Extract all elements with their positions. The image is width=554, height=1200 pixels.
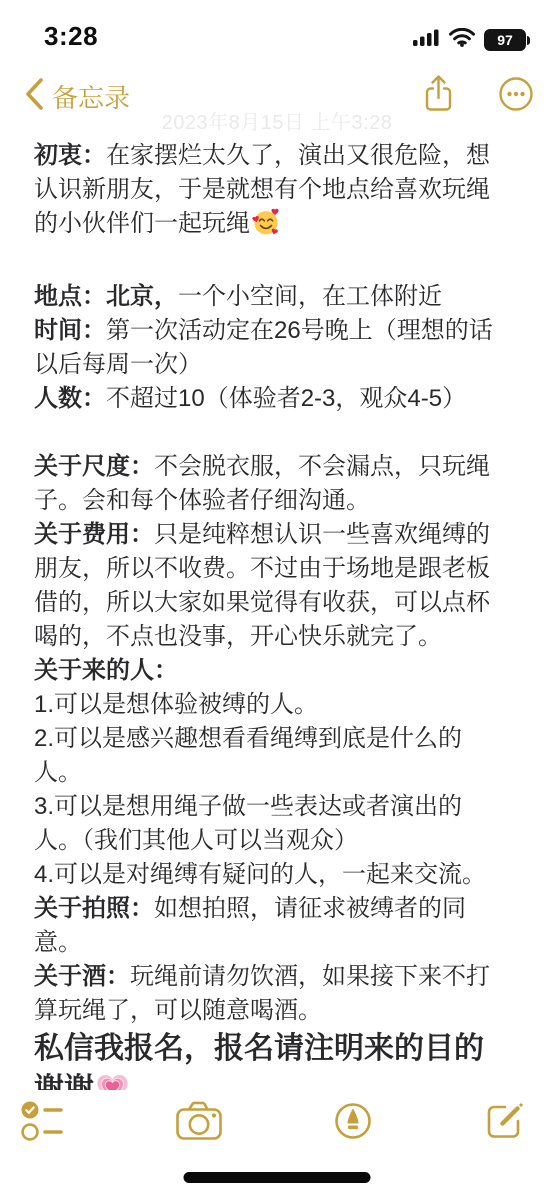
paragraph-heading: 关于费用：	[34, 521, 154, 548]
home-indicator[interactable]	[184, 1172, 371, 1183]
paragraph-heading: 地点：北京，	[34, 283, 178, 310]
note-paragraph: 关于酒：玩绳前请勿饮酒，如果接下来不打算玩绳了，可以随意喝酒。	[34, 960, 498, 1028]
paragraph-text: 2.可以是感兴趣想看看绳缚到底是什么的人。	[34, 725, 462, 786]
more-button[interactable]	[498, 76, 534, 117]
ellipsis-circle-icon	[498, 99, 534, 116]
paragraph-text: 1.可以是想体验被缚的人。	[34, 691, 318, 718]
camera-icon	[175, 1100, 225, 1147]
camera-button[interactable]	[175, 1100, 225, 1147]
paragraph-heading: 人数：	[34, 385, 106, 412]
note-list-item: 2.可以是感兴趣想看看绳缚到底是什么的人。	[34, 722, 498, 790]
back-label: 备忘录	[52, 78, 130, 115]
note-content[interactable]: 初衷：在家摆烂太久了，演出又很危险，想认识新朋友，于是就想有个地点给喜欢玩绳的小…	[34, 139, 498, 1115]
paragraph-text: 不超过10（体验者2-3，观众4-5）	[106, 385, 466, 412]
paragraph-text: 一个小空间，在工体附近	[178, 283, 442, 310]
note-paragraph: 时间：第一次活动定在26号晚上（理想的话以后每周一次）	[34, 314, 498, 382]
paragraph-heading: 关于来的人：	[34, 657, 178, 684]
paragraph-heading: 关于酒：	[34, 963, 130, 990]
note-list-item: 4.可以是对绳缚有疑问的人，一起来交流。	[34, 858, 498, 892]
wifi-icon	[449, 28, 475, 52]
notes-app-screen: 3:28 97	[0, 0, 554, 1200]
share-button[interactable]	[423, 74, 454, 119]
note-paragraph: 关于来的人：	[34, 654, 498, 688]
note-list-item: 1.可以是想体验被缚的人。	[34, 688, 498, 722]
note-paragraph: 关于费用：只是纯粹想认识一些喜欢绳缚的朋友，所以不收费。不过由于场地是跟老板借的…	[34, 518, 498, 654]
checklist-icon	[20, 1099, 68, 1148]
blank-line	[34, 246, 498, 280]
chevron-left-icon	[24, 77, 44, 116]
paragraph-heading: 关于尺度：	[34, 453, 154, 480]
blank-line	[34, 416, 498, 450]
checklist-button[interactable]	[20, 1099, 68, 1148]
status-icons: 97	[413, 28, 530, 52]
nav-bar: 备忘录 2023年8月15日 上午3:28	[0, 56, 554, 136]
paragraph-heading: 初衷：	[34, 142, 106, 169]
paragraph-heading: 关于拍照：	[34, 895, 154, 922]
note-paragraph: 关于尺度：不会脱衣服，不会漏点，只玩绳子。会和每个体验者仔细沟通。	[34, 450, 498, 518]
compose-button[interactable]	[482, 1099, 526, 1148]
share-icon	[423, 101, 454, 118]
status-bar: 3:28 97	[0, 0, 554, 56]
clock-label: 3:28	[44, 21, 98, 52]
battery-percent-label: 97	[484, 29, 526, 51]
note-paragraph: 地点：北京，一个小空间，在工体附近	[34, 280, 498, 314]
paragraph-text: 4.可以是对绳缚有疑问的人，一起来交流。	[34, 861, 486, 888]
note-list-item: 3.可以是想用绳子做一些表达或者演出的人。（我们其他人可以当观众）	[34, 790, 498, 858]
paragraph-text: 3.可以是想用绳子做一些表达或者演出的人。（我们其他人可以当观众）	[34, 793, 462, 854]
smiling-face-with-hearts-emoji	[252, 208, 280, 246]
note-paragraph: 初衷：在家摆烂太久了，演出又很危险，想认识新朋友，于是就想有个地点给喜欢玩绳的小…	[34, 139, 498, 246]
cellular-signal-icon	[413, 29, 440, 52]
compose-icon	[482, 1099, 526, 1148]
markup-pen-icon	[331, 1099, 375, 1148]
bottom-toolbar	[0, 1090, 554, 1156]
markup-button[interactable]	[331, 1099, 375, 1148]
battery-nub	[527, 36, 530, 45]
note-paragraph: 人数：不超过10（体验者2-3，观众4-5）	[34, 382, 498, 416]
paragraph-heading: 时间：	[34, 317, 106, 344]
note-paragraph: 关于拍照：如想拍照，请征求被缚者的同意。	[34, 892, 498, 960]
battery-indicator: 97	[484, 29, 530, 51]
nav-actions	[423, 74, 534, 119]
back-button[interactable]: 备忘录	[24, 77, 130, 116]
